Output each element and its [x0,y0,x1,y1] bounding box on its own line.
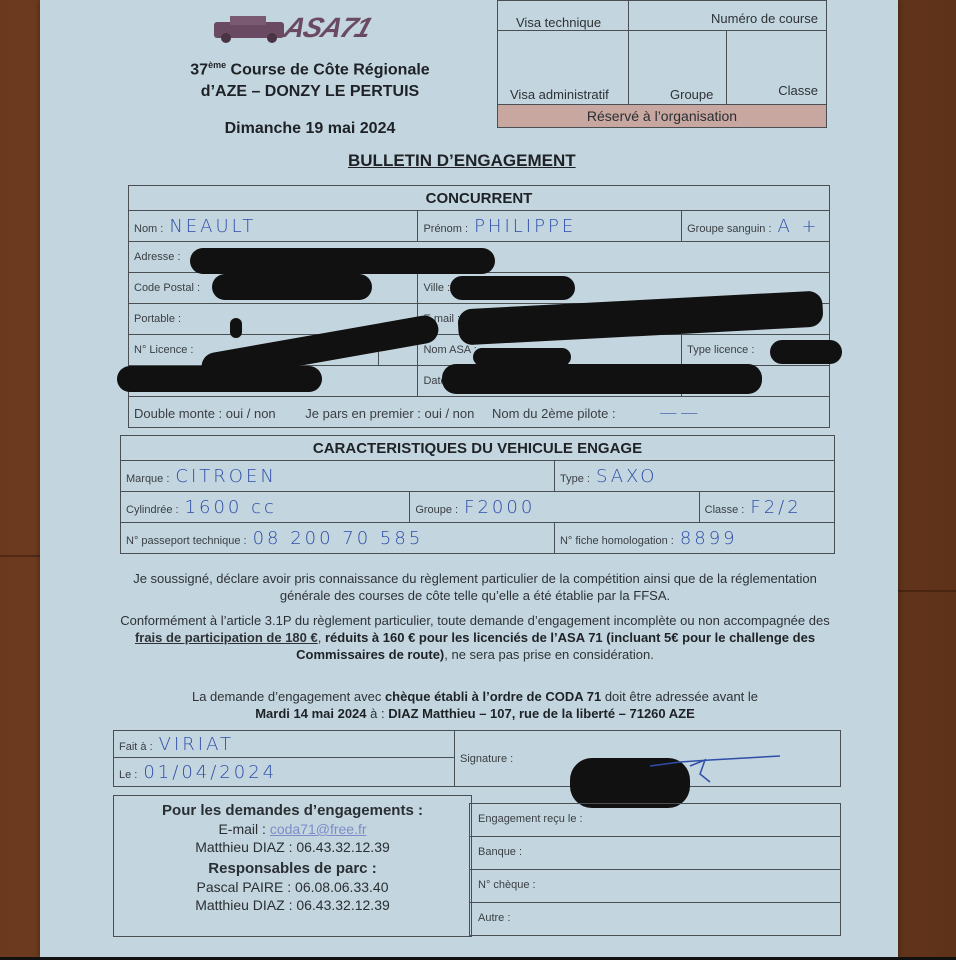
entry-form-paper: ASA71 37ème Course de Côte Régionale d’A… [40,0,898,958]
type-field[interactable]: Type :SAXO [554,461,834,492]
passeport-value: 08 200 70 585 [253,528,424,549]
contact-phone: Matthieu DIAZ : 06.43.32.12.39 [114,838,471,856]
date-signed-field[interactable]: Le :01/04/2024 [114,758,455,787]
classe-field[interactable]: Classe :F2/2 [699,492,834,523]
demandes-heading: Pour les demandes d’engagements : [114,802,471,820]
date-signed-value: 01/04/2024 [143,762,277,783]
contact-email-link[interactable]: coda71@free.fr [270,821,367,837]
concurrent-heading: CONCURRENT [129,186,830,211]
reserved-organisation-banner: Réservé à l’organisation [498,104,826,127]
cylindree-field[interactable]: Cylindrée :1600 cc [121,492,410,523]
vehicle-heading: CARACTERISTIQUES DU VEHICULE ENGAGE [121,436,835,461]
groupe-label: Groupe [670,87,713,102]
fait-a-field[interactable]: Fait à :VIRIAT [114,731,455,758]
groupe-value: F2000 [464,497,535,518]
signature-scribble [650,752,790,792]
redaction-mark [117,366,322,392]
cylindree-value: 1600 cc [185,497,277,518]
office-use-box: Engagement reçu le : Banque : N° chèque … [469,803,841,936]
visa-technique-label: Visa technique [516,15,601,30]
marque-field[interactable]: Marque :CITROEN [121,461,555,492]
fee-amount: frais de participation de 180 € [135,630,318,645]
fees-paragraph: Conformément à l’article 3.1P du règleme… [115,612,835,663]
fait-a-value: VIRIAT [159,734,234,755]
groupe-sanguin-field[interactable]: Groupe sanguin :A + [682,211,830,242]
pars-premier-choice[interactable]: Je pars en premier : oui / non [305,406,474,421]
wood-seam [0,555,40,557]
parc-contact-2: Matthieu DIAZ : 06.43.32.12.39 [114,896,471,914]
redaction-mark [770,340,842,364]
nom-value: NEAULT [169,216,256,237]
parc-heading: Responsables de parc : [114,860,471,878]
engagement-recu-field[interactable]: Engagement reçu le : [469,803,841,836]
redaction-mark [230,318,242,338]
wood-seam [898,590,956,592]
prenom-value: PHILIPPE [474,216,576,237]
redaction-mark [190,248,495,274]
visa-administratif-label: Visa administratif [510,87,609,102]
nom-field[interactable]: Nom :NEAULT [129,211,418,242]
groupe-sanguin-value: A + [778,216,820,237]
parc-contact-1: Pascal PAIRE : 06.08.06.33.40 [114,878,471,896]
autre-field[interactable]: Autre : [469,902,841,936]
banque-field[interactable]: Banque : [469,836,841,869]
second-pilote-value[interactable]: —— [659,402,701,423]
event-title: 37ème Course de Côte Régionale d’AZE – D… [150,60,470,101]
classe-label: Classe [778,83,818,98]
race-car-icon [210,14,290,44]
prenom-field[interactable]: Prénom :PHILIPPE [418,211,682,242]
classe-value: F2/2 [750,497,801,518]
contacts-box: Pour les demandes d’engagements : E-mail… [113,795,472,937]
passeport-field[interactable]: N° passeport technique :08 200 70 585 [121,523,555,554]
redaction-mark [212,274,372,300]
numero-course-label: Numéro de course [711,11,818,26]
form-title: BULLETIN D’ENGAGEMENT [348,151,576,171]
payment-paragraph: La demande d’engagement avec chèque étab… [115,688,835,722]
asa71-logo: ASA71 [210,10,410,44]
homologation-value: 8899 [680,528,738,549]
organisation-reserved-box: Visa technique Numéro de course Visa adm… [497,0,827,128]
redaction-mark [450,276,575,300]
event-date: Dimanche 19 mai 2024 [150,120,470,138]
type-value: SAXO [596,466,657,487]
cheque-field[interactable]: N° chèque : [469,869,841,902]
vehicle-table: CARACTERISTIQUES DU VEHICULE ENGAGE Marq… [120,435,835,554]
double-monte-choice[interactable]: Double monte : oui / non [134,406,276,421]
homologation-field[interactable]: N° fiche homologation :8899 [554,523,834,554]
marque-value: CITROEN [175,466,276,487]
redaction-mark [442,364,762,394]
declaration-paragraph: Je soussigné, déclare avoir pris connais… [115,570,835,604]
options-row: Double monte : oui / non Je pars en prem… [129,397,830,428]
second-pilote-label: Nom du 2ème pilote : [492,406,616,421]
groupe-field[interactable]: Groupe :F2000 [410,492,699,523]
